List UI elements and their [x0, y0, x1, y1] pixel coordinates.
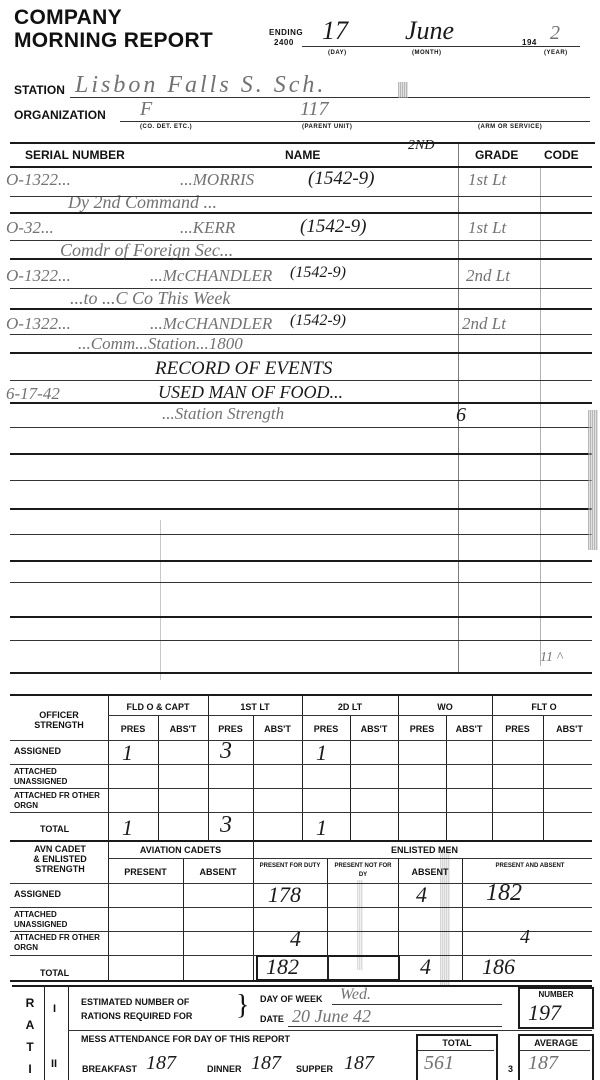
em-total-present-and-absent[interactable]: 186 [482, 954, 515, 980]
entry-1-note: Dy 2nd Command ... [68, 192, 217, 213]
name-header: NAME [285, 148, 320, 162]
cadets-absent-header: ABSENT [183, 867, 253, 877]
group-flt-o: FLT O [492, 702, 596, 712]
entry-4-grade: 2nd Lt [462, 314, 506, 334]
entry-4-note: ...Comm...Station...1800 [78, 334, 243, 354]
sub-abst: ABS'T [350, 724, 398, 734]
sub-abst: ABS'T [543, 724, 596, 734]
sub-pres: PRES [398, 724, 446, 734]
total-label: TOTAL [416, 1038, 498, 1048]
sub-pres: PRES [492, 724, 543, 734]
sub-pres: PRES [108, 724, 158, 734]
dinner-label: DINNER [207, 1064, 242, 1074]
entry-2-grade: 1st Lt [468, 218, 506, 238]
cadets-present-header: PRESENT [108, 867, 183, 877]
parent-unit-field[interactable]: 117 [300, 98, 329, 121]
day-caption: (DAY) [328, 50, 347, 56]
section-ii: II [51, 1059, 57, 1069]
em-total-present-for-duty[interactable]: 182 [266, 954, 299, 980]
1st-lt-assigned-pres[interactable]: 3 [220, 738, 232, 765]
entry-1-serial: O-1322... [6, 170, 71, 190]
date-label: DATE [260, 1014, 284, 1024]
month-field[interactable]: June [405, 16, 454, 46]
entry-1-grade: 1st Lt [468, 170, 506, 190]
officer-strength-title: OFFICERSTRENGTH [14, 710, 104, 730]
officer-row-total: TOTAL [40, 824, 69, 834]
1st-lt-total-pres[interactable]: 3 [220, 812, 232, 839]
serial-number-header: SERIAL NUMBER [25, 148, 125, 162]
co-caption: (CO. DET. ETC.) [140, 124, 192, 130]
group-1st-lt: 1ST LT [208, 702, 302, 712]
code-header: CODE [544, 148, 579, 162]
form-title-line2: MORNING REPORT [14, 29, 213, 52]
day-of-week-label: DAY OF WEEK [260, 994, 323, 1004]
em-attached-present-for-duty[interactable]: 4 [290, 926, 301, 952]
grade-header: GRADE [475, 148, 518, 162]
em-assigned-present-for-duty[interactable]: 178 [268, 882, 301, 908]
entry-2-serial: O-32... [6, 218, 54, 238]
entry-3-name: ...McCHANDLER [150, 266, 272, 286]
enlisted-strength-title: AVN CADET& ENLISTEDSTRENGTH [12, 844, 108, 874]
event-line-2: ...Station Strength [162, 404, 284, 424]
station-label: STATION [14, 83, 65, 97]
entry-3-grade: 2nd Lt [466, 266, 510, 286]
ending-time: 2400 [274, 38, 294, 47]
entry-4-serial: O-1322... [6, 314, 71, 334]
em-present-and-absent-header: PRESENT AND ABSENT [470, 862, 590, 871]
mess-attendance-label: MESS ATTENDANCE FOR DAY OF THIS REPORT [81, 1034, 290, 1044]
em-attached-present-and-absent[interactable]: 4 [520, 926, 530, 949]
fld-capt-total-pres[interactable]: 1 [122, 815, 133, 841]
year-prefix: 194 [522, 38, 537, 47]
date-field[interactable]: 20 June 42 [292, 1006, 371, 1027]
annotation-mark: 2ND [408, 138, 434, 154]
month-caption: (MONTH) [412, 50, 442, 56]
entry-4-name: ...McCHANDLER [150, 314, 272, 334]
entry-3-code: (1542-9) [290, 264, 346, 282]
day-field[interactable]: 17 [322, 16, 348, 46]
form-title-line1: COMPANY [14, 6, 122, 29]
sub-abst: ABS'T [253, 724, 302, 734]
section-i: I [53, 1004, 56, 1014]
entry-2-code: (1542-9) [300, 216, 366, 238]
dinner-field[interactable]: 187 [251, 1052, 281, 1075]
entry-1-code: (1542-9) [308, 168, 374, 190]
2d-lt-assigned-pres[interactable]: 1 [316, 740, 327, 766]
entry-1-name: ...MORRIS [180, 170, 254, 190]
station-field[interactable]: Lisbon Falls S. Sch. [75, 72, 326, 99]
event-figure: 6 [456, 404, 466, 427]
breakfast-field[interactable]: 187 [146, 1052, 176, 1075]
officer-row-assigned: ASSIGNED [14, 746, 61, 756]
margin-note: 11 ^ [540, 650, 562, 666]
enlisted-men-group: ENLISTED MEN [253, 845, 596, 855]
rations-side-label: R A T I [24, 992, 36, 1080]
enlisted-row-attached-fr-other: ATTACHED FR OTHER ORGN [14, 933, 106, 953]
enlisted-row-assigned: ASSIGNED [14, 889, 61, 899]
year-caption: (YEAR) [544, 50, 568, 56]
company-field[interactable]: F [140, 98, 152, 121]
sub-abst: ABS'T [446, 724, 492, 734]
em-present-not-for-duty-header: PRESENT NOT FOR DY [332, 862, 394, 880]
entry-3-serial: O-1322... [6, 266, 71, 286]
breakfast-label: BREAKFAST [82, 1064, 137, 1074]
em-assigned-present-and-absent[interactable]: 182 [486, 880, 522, 907]
average-field[interactable]: 187 [528, 1052, 558, 1075]
ending-label: ENDING [269, 28, 303, 37]
em-absent-header: ABSENT [398, 867, 462, 877]
entry-2-note: Comdr of Foreign Sec... [60, 240, 233, 261]
sub-pres: PRES [302, 724, 350, 734]
entry-3-note: ...to ...C Co This Week [70, 288, 230, 309]
group-2d-lt: 2D LT [302, 702, 398, 712]
aviation-cadets-group: AVIATION CADETS [108, 845, 253, 855]
year-field[interactable]: 2 [550, 22, 560, 45]
em-total-absent[interactable]: 4 [420, 954, 431, 980]
officer-row-attached-fr-other: ATTACHED FR OTHER ORGN [14, 791, 106, 811]
number-label: NUMBER [518, 990, 594, 1000]
2d-lt-total-pres[interactable]: 1 [316, 815, 327, 841]
day-of-week-field[interactable]: Wed. [340, 986, 371, 1004]
average-label: AVERAGE [518, 1038, 594, 1048]
number-field[interactable]: 197 [528, 1000, 561, 1026]
supper-label: SUPPER [296, 1064, 333, 1074]
supper-field[interactable]: 187 [344, 1052, 374, 1075]
group-wo: WO [398, 702, 492, 712]
sub-abst: ABS'T [158, 724, 208, 734]
estimated-rations-line2: RATIONS REQUIRED FOR [81, 1011, 192, 1021]
organization-label: ORGANIZATION [14, 108, 106, 122]
divisor-label: 3 [508, 1064, 513, 1074]
em-present-for-duty-header: PRESENT FOR DUTY [258, 862, 322, 871]
arm-caption: (ARM OR SERVICE) [478, 124, 542, 130]
enlisted-row-total: TOTAL [40, 968, 69, 978]
brace-icon: } [236, 990, 249, 1022]
fld-capt-assigned-pres[interactable]: 1 [122, 740, 133, 766]
officer-row-attached-unassigned: ATTACHED UNASSIGNED [14, 767, 106, 787]
group-fld-o-capt: FLD O & CAPT [108, 702, 208, 712]
event-line-1: USED MAN OF FOOD... [158, 382, 343, 403]
sub-pres: PRES [208, 724, 253, 734]
parent-unit-caption: (PARENT UNIT) [302, 124, 352, 130]
entry-4-code: (1542-9) [290, 312, 346, 330]
total-field[interactable]: 561 [424, 1052, 454, 1075]
record-of-events: RECORD OF EVENTS [155, 358, 332, 380]
estimated-rations-line1: ESTIMATED NUMBER OF [81, 997, 189, 1007]
em-assigned-absent[interactable]: 4 [416, 882, 427, 908]
entry-2-name: ...KERR [180, 218, 235, 238]
event-date: 6-17-42 [6, 384, 60, 404]
enlisted-row-attached-unassigned: ATTACHED UNASSIGNED [14, 910, 106, 930]
